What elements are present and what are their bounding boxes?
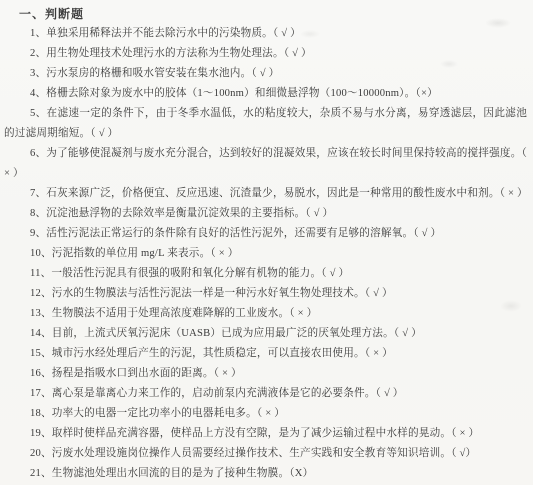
question-item: 11、一般活性污泥具有很强的吸附和氧化分解有机物的能力。（ √ ） <box>4 264 527 284</box>
question-item: 19、取样时使样品充满容器，使样品上方没有空隙，是为了减少运输过程中水样的晃动。… <box>4 424 527 444</box>
question-list: 1、单独采用稀释法并不能去除污水中的污染物质。（ √ ）2、用生物处理技术处理污… <box>4 24 527 484</box>
question-item: 16、扬程是指吸水口到出水面的距离。（ × ） <box>4 364 527 384</box>
question-item: 6、为了能够使混凝剂与废水充分混合，达到较好的混凝效果，应该在较长时间里保持较高… <box>4 144 527 184</box>
question-item: 21、生物滤池处理出水回流的目的是为了接种生物膜。（X） <box>4 464 527 484</box>
question-item: 15、城市污水经处理后产生的污泥，其性质稳定，可以直接农田使用。（ × ） <box>4 344 527 364</box>
question-item: 20、污废水处理设施岗位操作人员需要经过操作技术、生产实践和安全教育等知识培训。… <box>4 444 527 464</box>
question-item: 1、单独采用稀释法并不能去除污水中的污染物质。（ √ ） <box>4 24 527 44</box>
question-item: 4、格栅去除对象为废水中的胶体（1～100nm）和细微悬浮物（100～10000… <box>4 84 527 104</box>
question-item: 10、污泥指数的单位用 mg/L 来表示。（ × ） <box>4 244 527 264</box>
question-item: 5、在滤速一定的条件下，由于冬季水温低，水的粘度较大，杂质不易与水分离，易穿透滤… <box>4 104 527 144</box>
question-item: 8、沉淀池悬浮物的去除效率是衡量沉淀效果的主要指标。（ √ ） <box>4 204 527 224</box>
question-item: 3、污水泵房的格栅和吸水管安装在集水池内。（ √ ） <box>4 64 527 84</box>
question-item: 17、离心泵是靠离心力来工作的，启动前泵内充满液体是它的必要条件。（ √ ） <box>4 384 527 404</box>
scanned-exam-page: 一、判断题 1、单独采用稀释法并不能去除污水中的污染物质。（ √ ）2、用生物处… <box>0 0 533 485</box>
question-item: 18、功率大的电器一定比功率小的电器耗电多。（ × ） <box>4 404 527 424</box>
question-item: 2、用生物处理技术处理污水的方法称为生物处理法。（ √ ） <box>4 44 527 64</box>
question-item: 13、生物膜法不适用于处理高浓度难降解的工业废水。（ × ） <box>4 304 527 324</box>
question-item: 9、活性污泥法正常运行的条件除有良好的活性污泥外，还需要有足够的溶解氧。（ √ … <box>4 224 527 244</box>
question-item: 14、目前，上流式厌氧污泥床（UASB）已成为应用最广泛的厌氧处理方法。（ √ … <box>4 324 527 344</box>
question-item: 12、污水的生物膜法与活性污泥法一样是一种污水好氧生物处理技术。（ √ ） <box>4 284 527 304</box>
section-title: 一、判断题 <box>19 4 527 24</box>
question-item: 7、石灰来源广泛，价格便宜、反应迅速、沉渣量少，易脱水，因此是一种常用的酸性废水… <box>4 184 527 204</box>
